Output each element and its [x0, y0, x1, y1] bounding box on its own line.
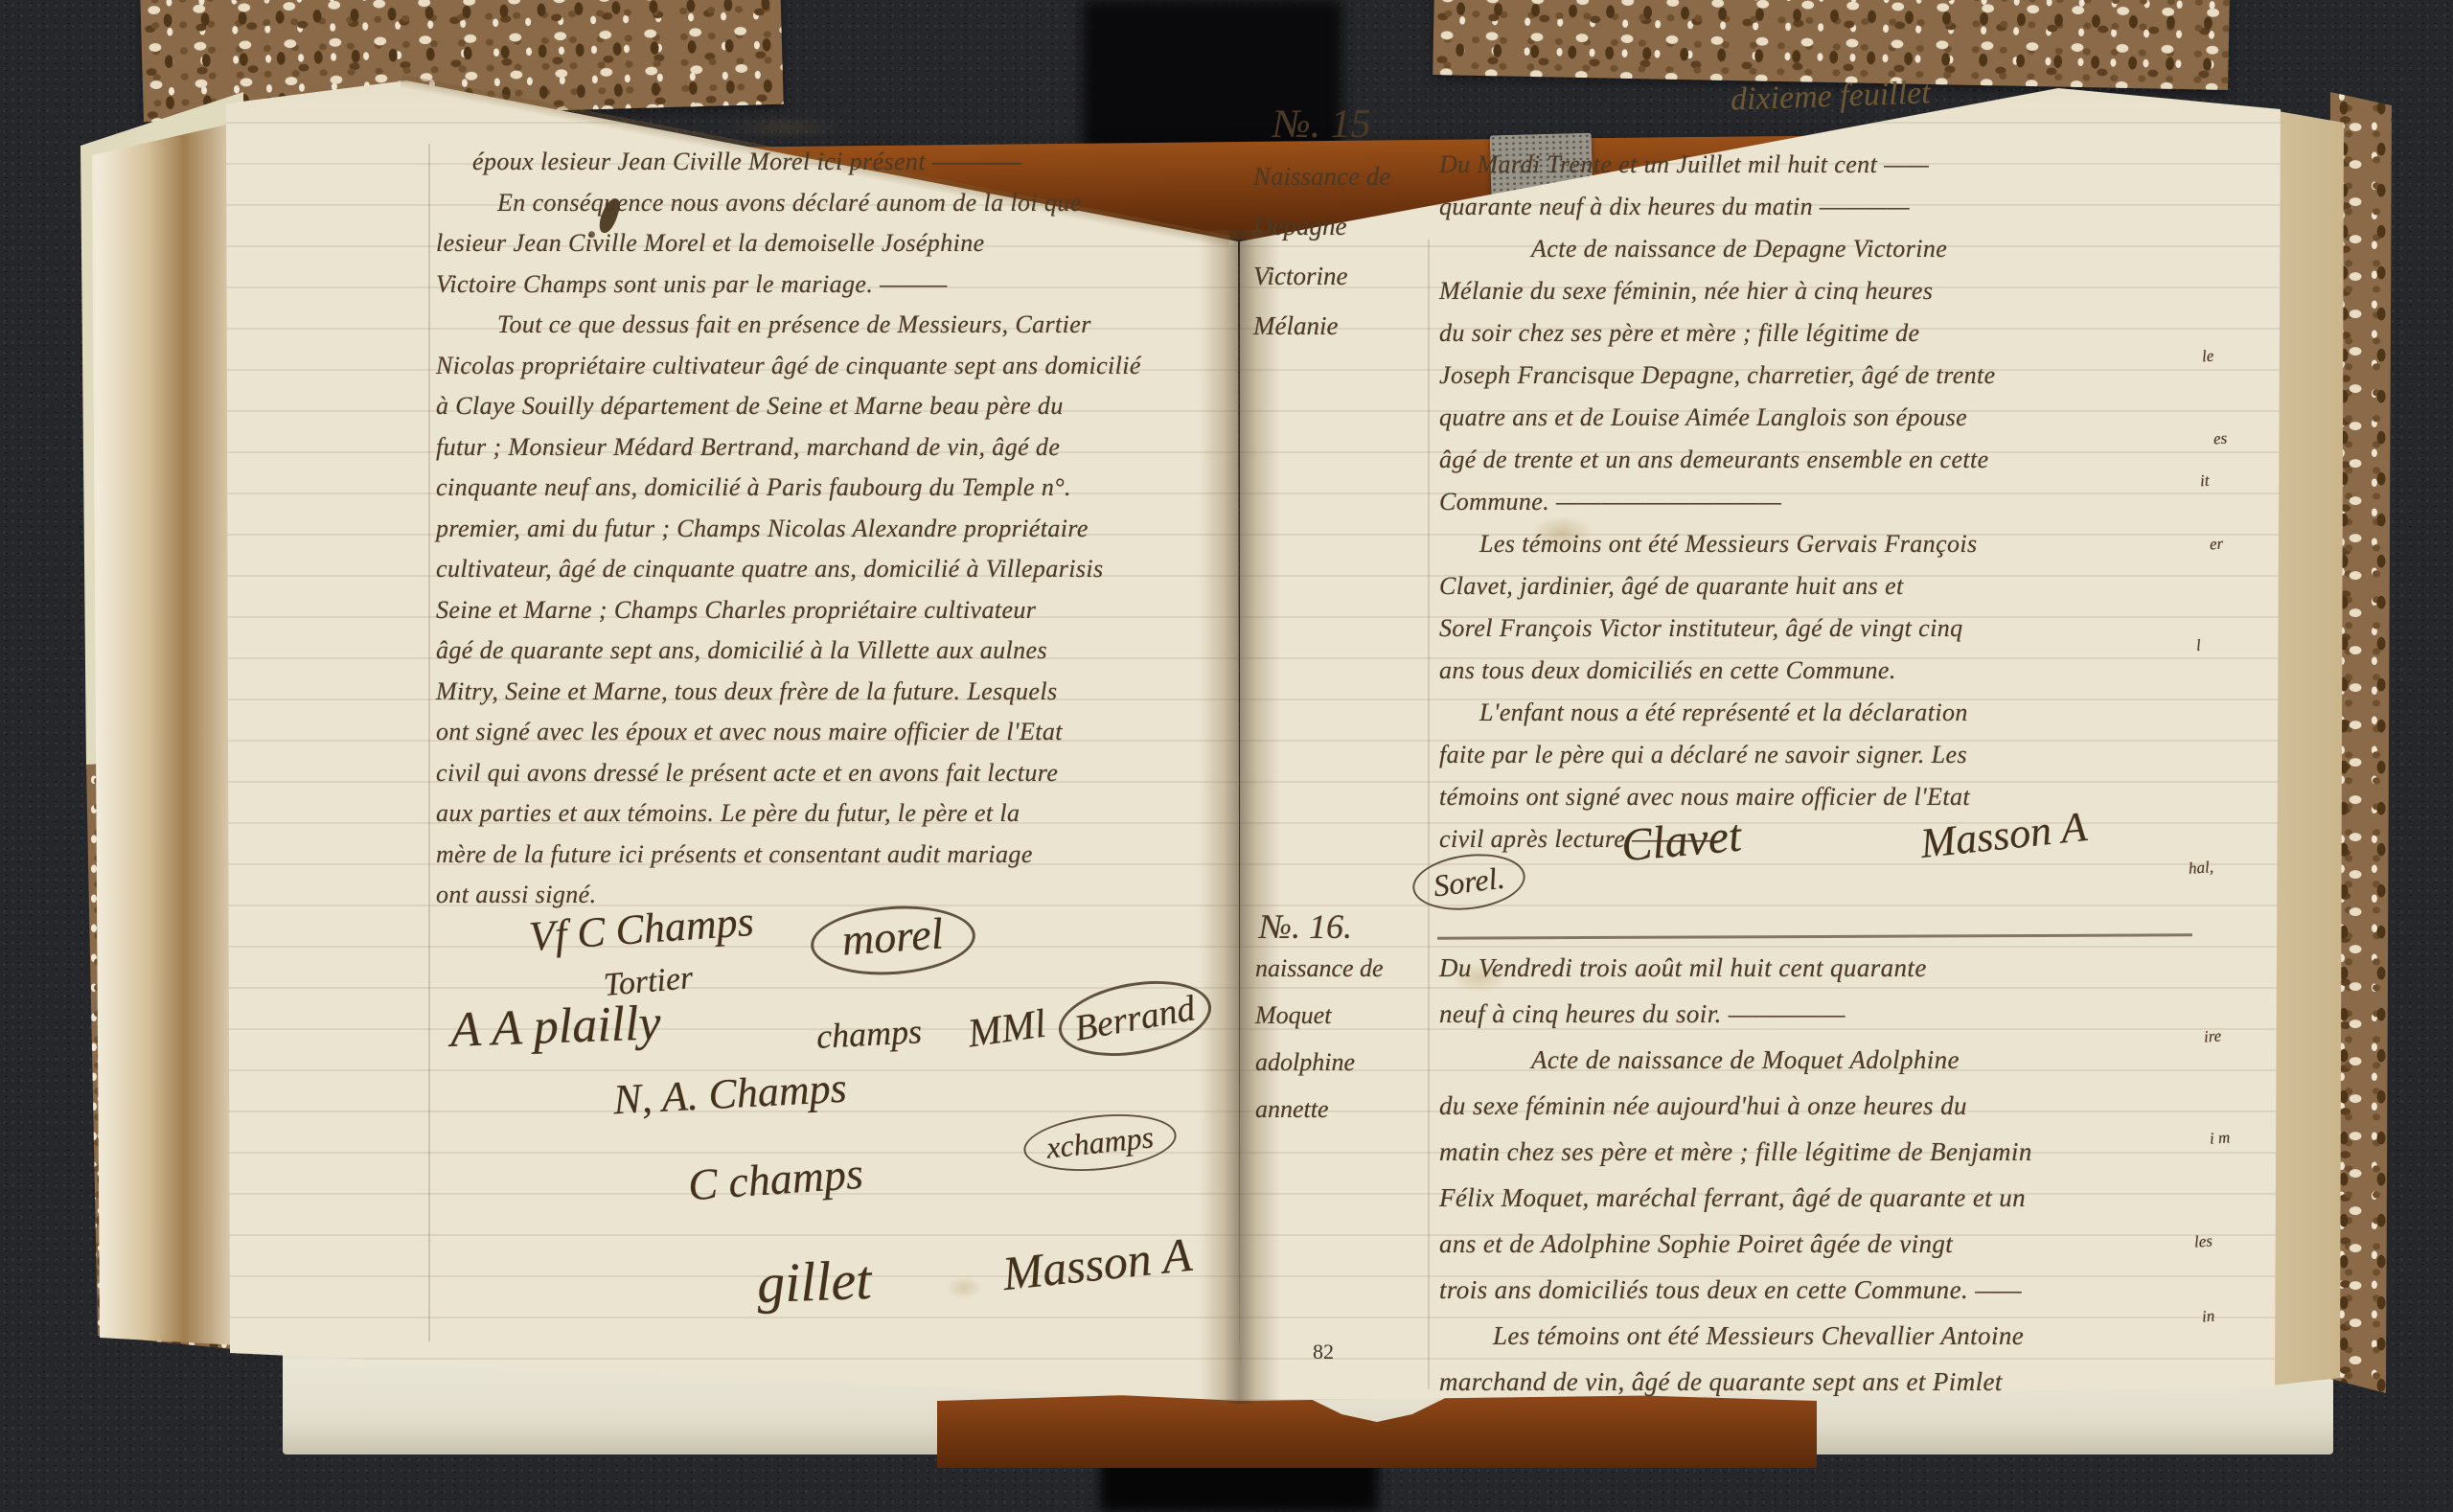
- paper-stain: [728, 115, 843, 140]
- handwritten-line: Les témoins ont été Messieurs Chevallier…: [1493, 1313, 2244, 1359]
- fore-edge-fragment: les: [2193, 1231, 2212, 1251]
- handwritten-line: Clavet, jardinier, âgé de quarante huit …: [1439, 565, 2244, 607]
- handwritten-line: âgé de trente et un ans demeurants ensem…: [1439, 439, 2244, 481]
- handwritten-line: lesieur Jean Civille Morel et la demoise…: [436, 223, 1241, 264]
- handwritten-line: ans tous deux domiciliés en cette Commun…: [1439, 650, 2244, 692]
- handwritten-line: marchand de vin, âgé de quarante sept an…: [1439, 1359, 2244, 1405]
- fore-edge-fragment: i m: [2209, 1128, 2231, 1148]
- fore-edge-fragment: hal,: [2188, 858, 2213, 879]
- handwritten-line: civil après lecture ————: [1439, 818, 2244, 860]
- margin-note-line: annette: [1255, 1086, 1384, 1133]
- record-16-margin-note: naissance deMoquetadolphineannette: [1255, 945, 1384, 1133]
- photo-of-open-register-book: époux lesieur Jean Civille Morel ici pré…: [0, 0, 2453, 1512]
- fore-edge-fragment: es: [2212, 429, 2228, 449]
- handwritten-line: âgé de quarante sept ans, domicilié à la…: [436, 630, 1241, 672]
- margin-note-line: Moquet: [1255, 992, 1384, 1039]
- margin-note-line: naissance de: [1255, 945, 1384, 992]
- margin-note-line: Depagne: [1253, 201, 1390, 251]
- handwritten-line: Tout ce que dessus fait en présence de M…: [497, 305, 1241, 346]
- handwritten-line: Félix Moquet, maréchal ferrant, âgé de q…: [1439, 1175, 2244, 1221]
- record-16-text: Du Vendredi trois août mil huit cent qua…: [1439, 945, 2244, 1405]
- handwritten-line: premier, ami du futur ; Champs Nicolas A…: [436, 509, 1241, 550]
- handwritten-line: Acte de naissance de Depagne Victorine: [1531, 228, 2244, 270]
- handwritten-line: mère de la future ici présents et consen…: [436, 835, 1241, 876]
- handwritten-line: quarante neuf à dix heures du matin ————: [1439, 186, 2244, 228]
- handwritten-line: à Claye Souilly département de Seine et …: [436, 386, 1241, 427]
- handwritten-line: En conséquence nous avons déclaré aunom …: [497, 183, 1241, 224]
- record-number-15: №. 15: [1272, 102, 1371, 148]
- handwritten-line: futur ; Monsieur Médard Bertrand, marcha…: [436, 427, 1241, 469]
- handwritten-line: cultivateur, âgé de cinquante quatre ans…: [436, 549, 1241, 590]
- handwritten-line: ont signé avec les époux et avec nous ma…: [436, 712, 1241, 753]
- handwritten-line: témoins ont signé avec nous maire offici…: [1439, 776, 2244, 818]
- handwritten-line: Les témoins ont été Messieurs Gervais Fr…: [1479, 523, 2244, 565]
- handwritten-line: Du Vendredi trois août mil huit cent qua…: [1439, 945, 2244, 991]
- fore-edge-fragment: er: [2209, 535, 2224, 555]
- handwritten-line: Du Mardi Trente et un Juillet mil huit c…: [1439, 144, 2244, 186]
- handwritten-line: Seine et Marne ; Champs Charles propriét…: [436, 590, 1241, 631]
- handwritten-line: trois ans domiciliés tous deux en cette …: [1439, 1267, 2244, 1313]
- handwritten-line: faite par le père qui a déclaré ne savoi…: [1439, 734, 2244, 776]
- handwritten-line: Joseph Francisque Depagne, charretier, â…: [1439, 355, 2244, 397]
- handwritten-line: civil qui avons dressé le présent acte e…: [436, 753, 1241, 794]
- marbled-cover-top-right: [1433, 0, 2230, 90]
- handwritten-line: Nicolas propriétaire cultivateur âgé de …: [436, 346, 1241, 387]
- left-page-margin-line: [428, 144, 430, 1341]
- handwritten-line: ans et de Adolphine Sophie Poiret âgée d…: [1439, 1221, 2244, 1267]
- handwritten-line: matin chez ses père et mère ; fille légi…: [1439, 1129, 2244, 1175]
- fore-edge-fragment: it: [2199, 471, 2210, 492]
- handwritten-line: du sexe féminin née aujourd'hui à onze h…: [1439, 1083, 2244, 1129]
- handwritten-line: cinquante neuf ans, domicilié à Paris fa…: [436, 468, 1241, 509]
- right-page-margin-line: [1428, 240, 1430, 1389]
- margin-note-line: Victorine: [1253, 251, 1390, 301]
- handwritten-line: L'enfant nous a été représenté et la déc…: [1479, 692, 2244, 734]
- page-number: 82: [1313, 1340, 1334, 1364]
- handwritten-line: ont aussi signé.: [436, 875, 1241, 916]
- handwritten-line: époux lesieur Jean Civille Morel ici pré…: [472, 142, 1241, 183]
- handwritten-line: Mélanie du sexe féminin, née hier à cinq…: [1439, 270, 2244, 312]
- left-page-text: époux lesieur Jean Civille Morel ici pré…: [436, 142, 1241, 916]
- record-15-text: Du Mardi Trente et un Juillet mil huit c…: [1439, 144, 2244, 860]
- fore-edge-fragment: le: [2201, 347, 2214, 367]
- margin-note-line: Naissance de: [1253, 151, 1390, 201]
- handwritten-line: quatre ans et de Louise Aimée Langlois s…: [1439, 397, 2244, 439]
- handwritten-line: aux parties et aux témoins. Le père du f…: [436, 793, 1241, 835]
- handwritten-line: du soir chez ses père et mère ; fille lé…: [1439, 312, 2244, 355]
- record-15-margin-note: Naissance deDepagneVictorineMélanie: [1253, 151, 1390, 351]
- handwritten-line: Sorel François Victor instituteur, âgé d…: [1439, 607, 2244, 650]
- handwritten-line: Victoire Champs sont unis par le mariage…: [436, 264, 1241, 306]
- handwritten-line: Mitry, Seine et Marne, tous deux frère d…: [436, 672, 1241, 713]
- folio-header-note: dixieme feuillet: [1730, 75, 1931, 118]
- handwritten-line: neuf à cinq heures du soir. —————: [1439, 991, 2244, 1037]
- handwritten-line: Commune. ——————————: [1439, 481, 2244, 523]
- handwritten-line: Acte de naissance de Moquet Adolphine: [1531, 1037, 2244, 1083]
- fore-edge-fragment: ire: [2203, 1026, 2222, 1046]
- margin-note-line: Mélanie: [1253, 301, 1390, 351]
- fore-edge-fragment: l: [2195, 636, 2201, 655]
- paper-stain: [945, 1276, 983, 1299]
- fore-edge-fragment: in: [2201, 1307, 2215, 1327]
- record-number-16: №. 16.: [1259, 906, 1352, 947]
- margin-note-line: adolphine: [1255, 1039, 1384, 1086]
